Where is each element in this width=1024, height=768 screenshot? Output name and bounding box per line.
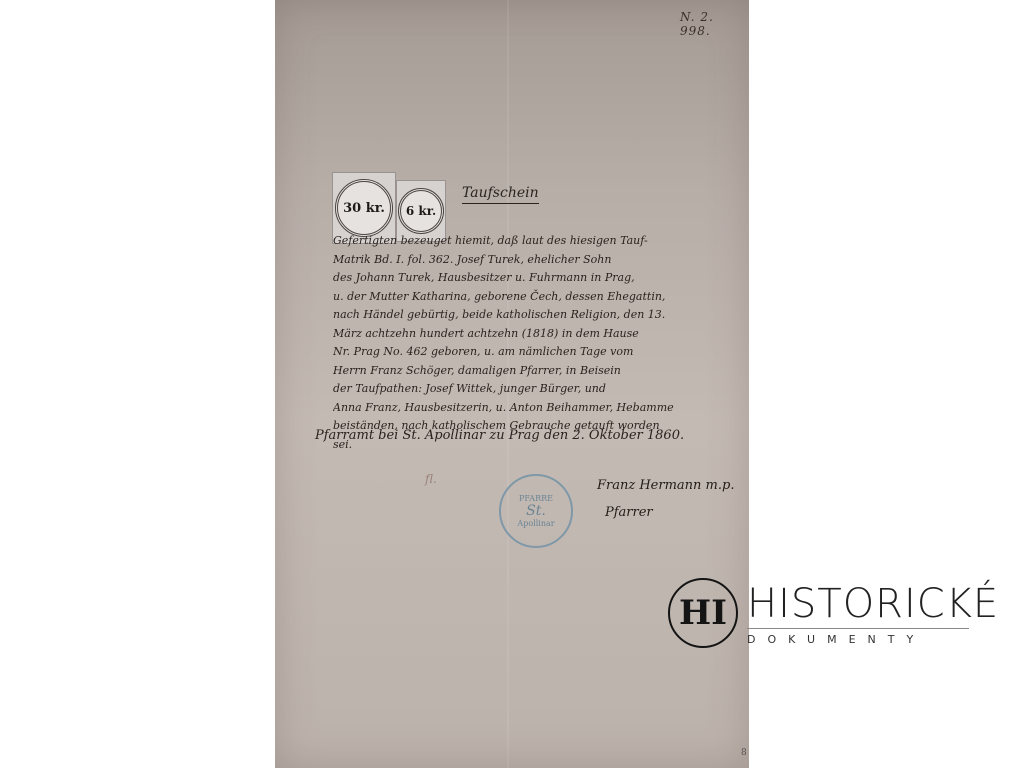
seal-middle-text: St. [501,503,571,519]
body-line: März achtzehn hundert achtzehn (1818) in… [333,325,753,344]
body-line: nach Händel gebürtig, beide katholischen… [333,306,753,325]
document-scan: N. 2. 998. 30 kr. 6 kr. Taufschein Gefer… [275,0,749,768]
body-line: Herrn Franz Schöger, damaligen Pfarrer, … [333,362,753,381]
document-heading: Taufschein [462,185,539,204]
body-line: Matrik Bd. I. fol. 362. Josef Turek, ehe… [333,251,753,270]
stamp-value: 30 kr. [335,179,393,237]
seal-top-text: PFARRE [501,494,571,503]
logo-divider [747,628,969,629]
body-line: Nr. Prag No. 462 geboren, u. am nämliche… [333,343,753,362]
monogram-icon: HI [668,578,738,648]
stamp-value: 6 kr. [398,188,444,234]
parish-seal: PFARRE St. Apollinar [499,474,573,548]
historicke-dokumenty-logo: HI HISTORICKÉ DOKUMENTY [668,578,978,650]
body-line: Gefertigten bezeuget hiemit, daß laut de… [333,232,753,251]
body-line: Anna Franz, Hausbesitzerin, u. Anton Bei… [333,399,753,418]
signature-name: Franz Hermann m.p. [597,478,734,493]
place-and-date: Pfarramt bei St. Apollinar zu Prag den 2… [315,428,684,443]
catalog-number: N. 2. 998. [680,10,749,38]
body-line: u. der Mutter Katharina, geborene Čech, … [333,288,753,307]
document-body: Gefertigten bezeuget hiemit, daß laut de… [333,232,753,454]
marginal-mark: fl. [425,472,437,486]
seal-bottom-text: Apollinar [501,519,571,528]
logo-subtitle: DOKUMENTY [747,633,925,646]
signature-title: Pfarrer [605,505,653,520]
logo-title: HISTORICKÉ [747,582,999,626]
body-line: der Taufpathen: Josef Wittek, junger Bür… [333,380,753,399]
pencil-mark: 8 [741,748,747,758]
body-line: des Johann Turek, Hausbesitzer u. Fuhrma… [333,269,753,288]
